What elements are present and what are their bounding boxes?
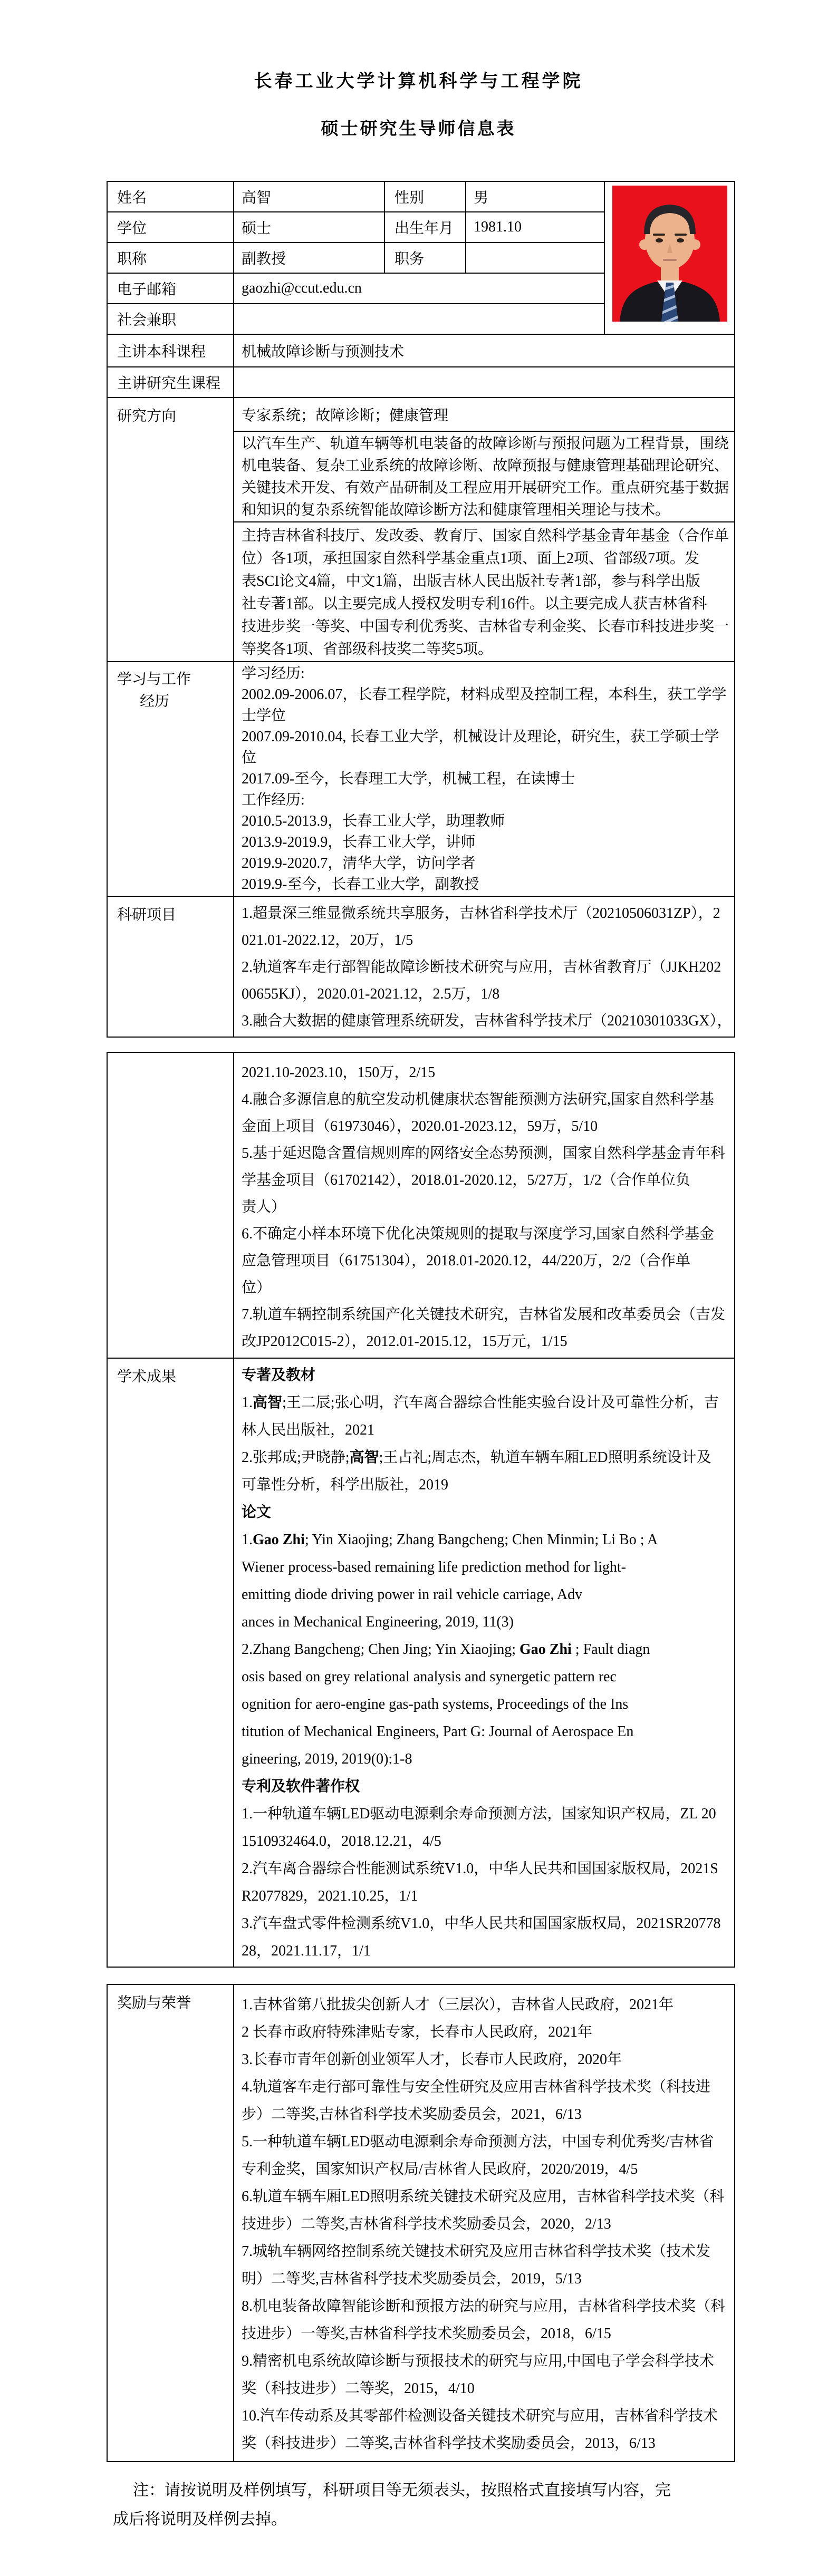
document-page: 长春工业大学计算机科学与工程学院 硕士研究生导师信息表 姓名 高智 性别 男: [0, 0, 837, 2576]
text-line: R2077829，2021.10.25，1/1: [242, 1883, 732, 1910]
text-line: 2.轨道客车走行部智能故障诊断技术研究与应用，吉林省教育厅（JJKH202: [242, 954, 732, 981]
page-title: 长春工业大学计算机科学与工程学院: [0, 66, 837, 92]
row-grad-course: 主讲研究生课程: [107, 367, 735, 398]
text-line: 位）各1项，承担国家自然科学基金重点1项、面上2项、省部级7项。发: [242, 547, 732, 570]
mouth: [663, 259, 677, 261]
text-line: 步）二等奖,吉林省科学技术奖励委员会，2021，6/13: [242, 2101, 732, 2128]
text-line: 2013.9-2019.9，长春工业大学，讲师: [242, 832, 732, 853]
text-line: 经历: [117, 691, 192, 713]
text-line: 位）: [242, 1274, 732, 1301]
degree-value: 硕士: [234, 212, 384, 243]
text-line: 工作经历:: [242, 790, 732, 811]
row-awards: 奖励与荣誉 1.吉林省第八批拔尖创新人才（三层次），吉林省人民政府，2021年2…: [107, 1984, 735, 2462]
footer-note: 注：请按说明及样例填写，科研项目等无须表头，按照格式直接填写内容，完成后将说明及…: [113, 2476, 746, 2534]
gender-label: 性别: [384, 181, 466, 212]
email-value: gaozhi@ccut.edu.cn: [234, 273, 604, 304]
name-label: 姓名: [107, 181, 234, 212]
text-line: 技进步奖一等奖、中国专利优秀奖、吉林省专利金奖、长春市科技进步奖一: [242, 615, 732, 638]
text-line: 021.01-2022.12，20万，1/5: [242, 927, 732, 954]
text-line: 学习与工作: [117, 669, 192, 691]
awards-list: 1.吉林省第八批拔尖创新人才（三层次），吉林省人民政府，2021年2 长春市政府…: [234, 1984, 735, 2462]
position-label: 职务: [384, 243, 466, 273]
text-line: 表SCI论文4篇，中文1篇，出版吉林人民出版社专著1部，参与科学出版: [242, 570, 732, 593]
text-line: 可靠性分析，科学出版社，2019: [242, 1471, 732, 1499]
text-line: 2017.09-至今，长春理工大学，机械工程，在读博士: [242, 769, 732, 790]
text-line: 应急管理项目（61751304），2018.01-2020.12，44/220万…: [242, 1247, 732, 1274]
info-table-part3: 奖励与荣誉 1.吉林省第八批拔尖创新人才（三层次），吉林省人民政府，2021年2…: [107, 1984, 735, 2462]
text-line: emitting diode driving power in rail veh…: [242, 1581, 732, 1609]
text-line: 8.机电装备故障智能诊断和预报方法的研究与应用，吉林省科学技术奖（科: [242, 2293, 732, 2320]
text-line: 7.轨道车辆控制系统国产化关键技术研究，吉林省发展和改革委员会（吉发: [242, 1301, 732, 1328]
projects-list-part2: 2021.10-2023.10，150万，2/154.融合多源信息的航空发动机健…: [234, 1052, 735, 1358]
text-line: 10.汽车传动系及其零部件检测设备关键技术研究与应用，吉林省科学技术: [242, 2403, 732, 2430]
text-line: 关键技术开发、有效产品研制及工程应用开展研究工作。重点研究基于数据: [242, 477, 732, 499]
text-line: 明）二等奖,吉林省科学技术奖励委员会，2019，5/13: [242, 2265, 732, 2293]
gender-value: 男: [466, 181, 604, 212]
prof-title-value: 副教授: [234, 243, 384, 273]
grad-course-label: 主讲研究生课程: [107, 367, 234, 398]
career-label: 学习与工作经历: [117, 669, 192, 713]
text-line: 社专著1部。以主要完成人授权发明专利16件。以主要完成人获吉林省科: [242, 593, 732, 615]
degree-label: 学位: [107, 212, 234, 243]
eye-right: [677, 238, 684, 243]
text-line: 责人）: [242, 1194, 732, 1221]
row-projects-part1: 科研项目 1.超景深三维显微系统共享服务，吉林省科学技术厅（2021050603…: [107, 896, 735, 1037]
text-line: gineering, 2019, 2019(0):1-8: [242, 1746, 732, 1773]
text-line: 技进步）一等奖,吉林省科学技术奖励委员会，2018，6/15: [242, 2320, 732, 2348]
research-overview: 以汽车生产、轨道车辆等机电装备的故障诊断与预报问题为工程背景，围绕机电装备、复杂…: [234, 431, 735, 522]
text-line: 1.超景深三维显微系统共享服务，吉林省科学技术厅（20210506031ZP），…: [242, 900, 732, 927]
academic-achievements: 专著及教材1.高智;王二辰;张心明，汽车离合器综合性能实验台设计及可靠性分析，吉…: [234, 1358, 735, 1967]
email-label: 电子邮箱: [107, 273, 234, 304]
prof-title-label: 职称: [107, 243, 234, 273]
text-line: 00655KJ），2020.01-2021.12，2.5万，1/8: [242, 981, 732, 1008]
row-projects-part2: 2021.10-2023.10，150万，2/154.融合多源信息的航空发动机健…: [107, 1052, 735, 1358]
eyebrow-right: [675, 234, 687, 236]
research-funding-summary: 主持吉林省科技厅、发改委、教育厅、国家自然科学基金青年基金（合作单位）各1项，承…: [234, 522, 735, 662]
text-line: 改JP2012C015-2），2012.01-2015.12，15万元，1/15: [242, 1328, 732, 1355]
text-line: 1.高智;王二辰;张心明，汽车离合器综合性能实验台设计及可靠性分析，吉: [242, 1389, 732, 1417]
text-line: 位: [242, 748, 732, 769]
text-line: 主持吉林省科技厅、发改委、教育厅、国家自然科学基金青年基金（合作单: [242, 525, 732, 547]
text-line: 7.城轨车辆网络控制系统关键技术研究及应用吉林省科学技术奖（技术发: [242, 2238, 732, 2265]
text-line: 2019.9-至今，长春工业大学，副教授: [242, 874, 732, 895]
text-line: 28，2021.11.17，1/1: [242, 1938, 732, 1965]
text-line: ognition for aero-engine gas-path system…: [242, 1691, 732, 1718]
projects-list-part1: 1.超景深三维显微系统共享服务，吉林省科学技术厅（20210506031ZP），…: [234, 896, 735, 1037]
birth-value: 1981.10: [466, 212, 604, 243]
row-academic: 学术成果 专著及教材1.高智;王二辰;张心明，汽车离合器综合性能实验台设计及可靠…: [107, 1358, 735, 1967]
eye-left: [656, 238, 663, 243]
text-line: 1510932464.0，2018.12.21，4/5: [242, 1828, 732, 1855]
id-photo: [612, 186, 727, 322]
name-value: 高智: [234, 181, 384, 212]
text-line: 2.张邦成;尹晓静;高智;王占礼;周志杰，轨道车辆车厢LED照明系统设计及: [242, 1444, 732, 1471]
row-name-gender: 姓名 高智 性别 男: [107, 181, 735, 212]
text-line: 2021.10-2023.10，150万，2/15: [242, 1059, 732, 1086]
text-line: 金面上项目（61973046），2020.01-2023.12，59万，5/10: [242, 1113, 732, 1140]
text-line: 和知识的复杂系统智能故障诊断方法和健康管理相关理论与技术。: [242, 499, 732, 521]
text-line: 林人民出版社，2021: [242, 1417, 732, 1444]
text-line: 2 长春市政府特殊津贴专家，长春市人民政府，2021年: [242, 2019, 732, 2046]
text-line: 4.融合多源信息的航空发动机健康状态智能预测方法研究,国家自然科学基: [242, 1086, 732, 1113]
text-line: 专利金奖，国家知识产权局/吉林省人民政府，2020/2019，4/5: [242, 2156, 732, 2183]
text-line: Wiener process-based remaining life pred…: [242, 1554, 732, 1581]
text-line: 2.汽车离合器综合性能测试系统V1.0，中华人民共和国国家版权局，2021S: [242, 1855, 732, 1883]
text-line: ances in Mechanical Engineering, 2019, 1…: [242, 1609, 732, 1636]
text-line: 1.Gao Zhi; Yin Xiaojing; Zhang Bangcheng…: [242, 1526, 732, 1554]
row-research-keywords: 研究方向 专家系统；故障诊断；健康管理: [107, 398, 735, 431]
row-career: 学习与工作经历 学习经历:2002.09-2006.07，长春工程学院，材料成型…: [107, 662, 735, 896]
info-table-part1: 姓名 高智 性别 男: [107, 181, 735, 1038]
text-line: 2.Zhang Bangcheng; Chen Jing; Yin Xiaoji…: [242, 1636, 732, 1663]
row-undergrad-course: 主讲本科课程 机械故障诊断与预测技术: [107, 334, 735, 367]
text-line: titution of Mechanical Engineers, Part G…: [242, 1718, 732, 1746]
social-value: [234, 304, 604, 334]
position-value: [466, 243, 604, 273]
info-table-part2: 2021.10-2023.10，150万，2/154.融合多源信息的航空发动机健…: [107, 1052, 735, 1968]
undergrad-course-value: 机械故障诊断与预测技术: [234, 334, 735, 367]
birth-label: 出生年月: [384, 212, 466, 243]
text-line: 3.汽车盘式零件检测系统V1.0，中华人民共和国国家版权局，2021SR2077…: [242, 1910, 732, 1938]
photo-cell: [604, 181, 735, 334]
text-line: 2002.09-2006.07，长春工程学院，材料成型及控制工程，本科生，获工学…: [242, 684, 732, 705]
text-line: 学基金项目（61702142），2018.01-2020.12，5/27万，1/…: [242, 1167, 732, 1194]
text-line: 奖（科技进步）二等奖,吉林省科学技术奖励委员会，2013，6/13: [242, 2430, 732, 2457]
awards-label: 奖励与荣誉: [107, 1984, 234, 2462]
text-line: 专著及教材: [242, 1362, 732, 1389]
grad-course-value: [234, 367, 735, 398]
text-line: 2007.09-2010.04, 长春工业大学，机械设计及理论，研究生，获工学硕…: [242, 727, 732, 748]
text-line: 1.吉林省第八批拔尖创新人才（三层次），吉林省人民政府，2021年: [242, 1991, 732, 2019]
text-line: 机电装备、复杂工业系统的故障诊断、故障预报与健康管理基础理论研究、: [242, 455, 732, 477]
career-history: 学习经历:2002.09-2006.07，长春工程学院，材料成型及控制工程，本科…: [234, 662, 735, 896]
research-label: 研究方向: [107, 398, 234, 662]
text-line: 1.一种轨道车辆LED驱动电源剩余寿命预测方法，国家知识产权局，ZL 20: [242, 1800, 732, 1828]
text-line: 3.长春市青年创新创业领军人才，长春市人民政府，2020年: [242, 2046, 732, 2074]
projects-continuation-label: [107, 1052, 234, 1358]
text-line: 奖（科技进步）二等奖，2015，4/10: [242, 2375, 732, 2403]
page-subtitle: 硕士研究生导师信息表: [0, 115, 837, 140]
text-line: 2019.9-2020.7，清华大学，访问学者: [242, 853, 732, 874]
text-line: 2010.5-2013.9，长春工业大学，助理教师: [242, 811, 732, 832]
text-line: 注：请按说明及样例填写，科研项目等无须表头，按照格式直接填写内容，完: [113, 2476, 746, 2505]
undergrad-course-label: 主讲本科课程: [107, 334, 234, 367]
text-line: 5.基于延迟隐含置信规则库的网络安全态势预测，国家自然科学基金青年科: [242, 1140, 732, 1167]
text-line: 以汽车生产、轨道车辆等机电装备的故障诊断与预报问题为工程背景，围绕: [242, 433, 732, 455]
text-line: 论文: [242, 1499, 732, 1526]
career-label-cell: 学习与工作经历: [107, 662, 234, 896]
academic-label: 学术成果: [107, 1358, 234, 1967]
research-keywords: 专家系统；故障诊断；健康管理: [234, 398, 735, 431]
text-line: 5.一种轨道车辆LED驱动电源剩余寿命预测方法，中国专利优秀奖/吉林省: [242, 2128, 732, 2156]
social-label: 社会兼职: [107, 304, 234, 334]
text-line: 技进步）二等奖,吉林省科学技术奖励委员会，2020，2/13: [242, 2211, 732, 2238]
text-line: 学习经历:: [242, 663, 732, 684]
text-line: 3.融合大数据的健康管理系统研发，吉林省科学技术厅（20210301033GX）…: [242, 1008, 732, 1034]
text-line: 成后将说明及样例去掉。: [113, 2505, 746, 2534]
eyebrow-left: [653, 234, 665, 236]
text-line: 6.轨道车辆车厢LED照明系统关键技术研究及应用，吉林省科学技术奖（科: [242, 2183, 732, 2211]
text-line: 专利及软件著作权: [242, 1773, 732, 1800]
text-line: osis based on grey relational analysis a…: [242, 1663, 732, 1691]
text-line: 士学位: [242, 705, 732, 727]
text-line: 9.精密机电系统故障诊断与预报技术的研究与应用,中国电子学会科学技术: [242, 2348, 732, 2375]
text-line: 6.不确定小样本环境下优化决策规则的提取与深度学习,国家自然科学基金: [242, 1221, 732, 1247]
text-line: 4.轨道客车走行部可靠性与安全性研究及应用吉林省科学技术奖（科技进: [242, 2074, 732, 2101]
text-line: 等奖各1项、省部级科技奖二等奖5项。: [242, 638, 732, 661]
projects-label: 科研项目: [107, 896, 234, 1037]
